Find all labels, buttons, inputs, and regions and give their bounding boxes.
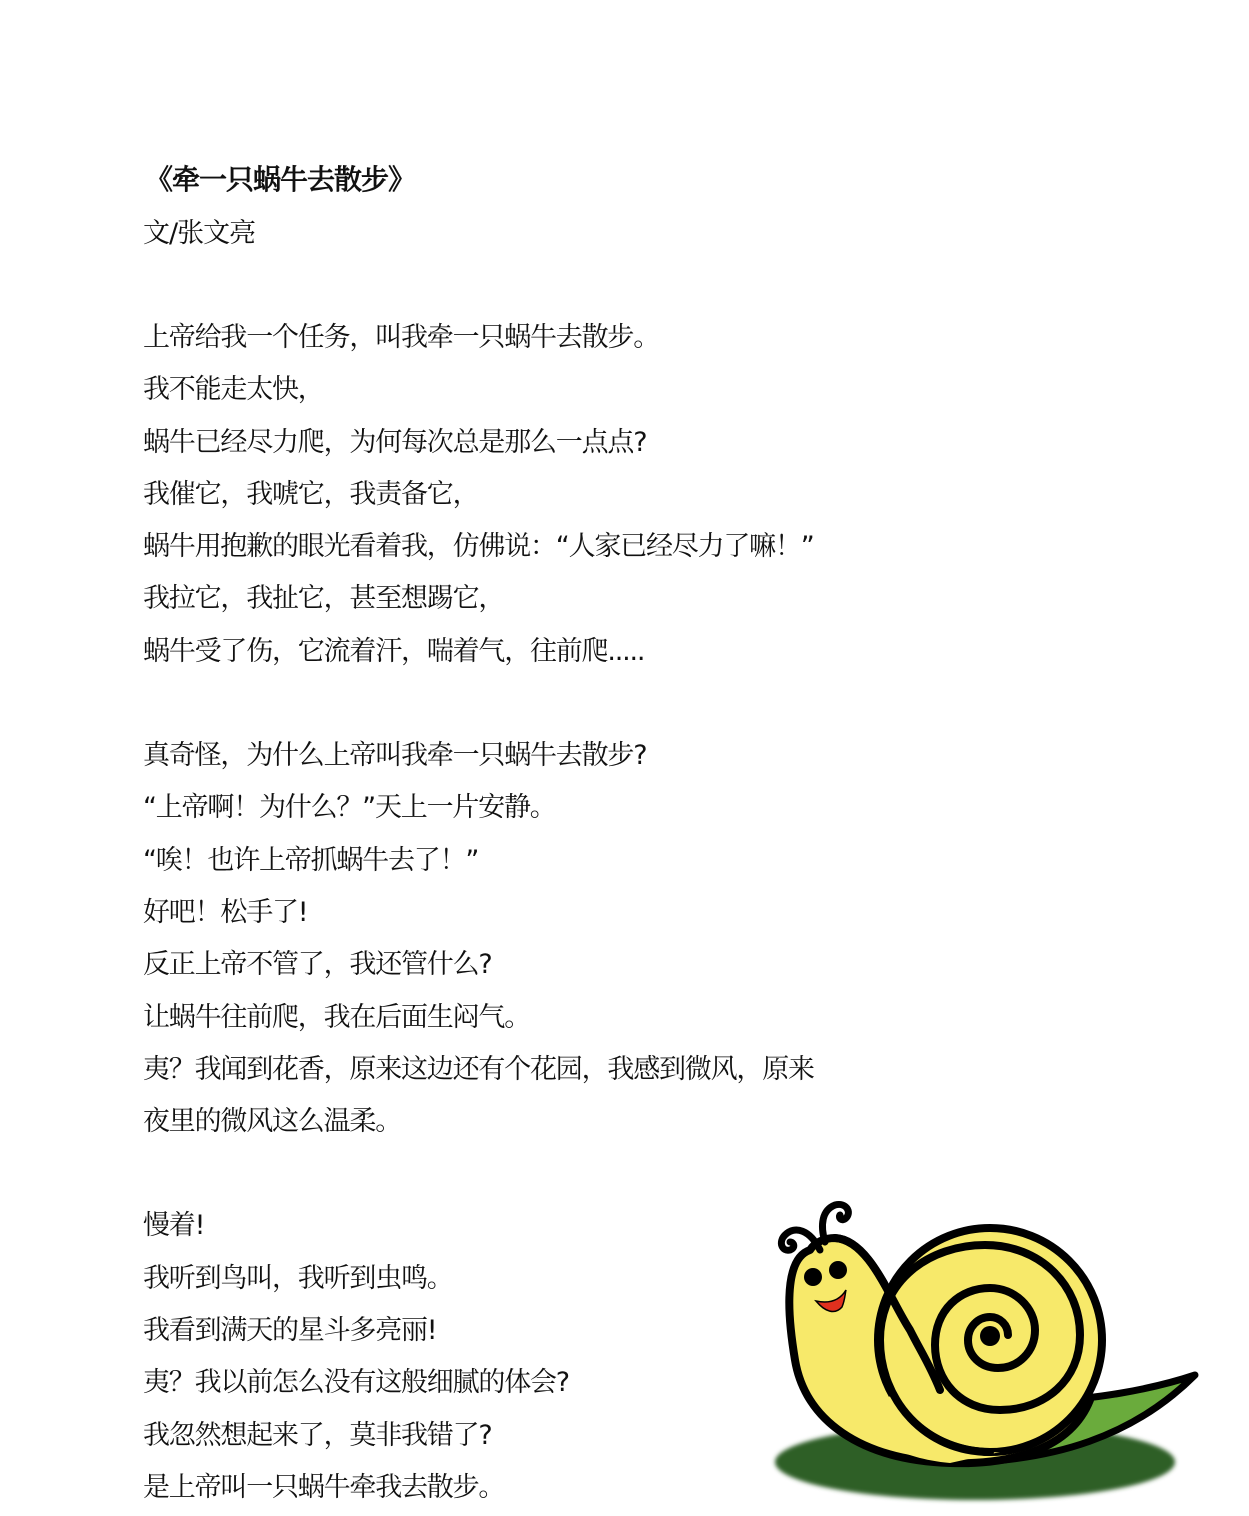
stanza-1: 上帝给我一个任务，叫我牵一只蜗牛去散步。 我不能走太快， 蜗牛已经尽力爬，为何每… — [143, 312, 943, 678]
poem-line: 我拉它，我扯它，甚至想踢它， — [143, 573, 943, 625]
poem-author: 文/张文亮 — [143, 208, 943, 260]
poem-line: 夷？我闻到花香，原来这边还有个花园，我感到微风，原来 — [143, 1044, 943, 1096]
snail-eye-left — [804, 1268, 822, 1286]
snail-illustration — [750, 1190, 1210, 1510]
poem-line: 上帝给我一个任务，叫我牵一只蜗牛去散步。 — [143, 312, 943, 364]
poem-title: 《牵一只蜗牛去散步》 — [145, 158, 943, 202]
poem-line: “上帝啊！为什么？”天上一片安静。 — [143, 782, 943, 834]
poem-line: 蜗牛用抱歉的眼光看着我，仿佛说：“人家已经尽力了嘛！” — [143, 521, 943, 573]
poem-line: 我不能走太快， — [143, 364, 943, 416]
poem-line: 让蜗牛往前爬，我在后面生闷气。 — [143, 992, 943, 1044]
poem-line: 夜里的微风这么温柔。 — [143, 1096, 943, 1148]
poem-line: 反正上帝不管了，我还管什么? — [143, 939, 943, 991]
poem-line: “唉！也许上帝抓蜗牛去了！” — [143, 835, 943, 887]
poem-line: 蜗牛受了伤，它流着汗，喘着气，往前爬..... — [143, 626, 943, 678]
poem-line: 我催它，我唬它，我责备它， — [143, 469, 943, 521]
stanza-2: 真奇怪，为什么上帝叫我牵一只蜗牛去散步? “上帝啊！为什么？”天上一片安静。 “… — [143, 730, 943, 1148]
poem-line: 蜗牛已经尽力爬，为何每次总是那么一点点? — [143, 417, 943, 469]
poem-line: 真奇怪，为什么上帝叫我牵一只蜗牛去散步? — [143, 730, 943, 782]
poem-line: 好吧！松手了! — [143, 887, 943, 939]
snail-eye-right — [829, 1261, 847, 1279]
